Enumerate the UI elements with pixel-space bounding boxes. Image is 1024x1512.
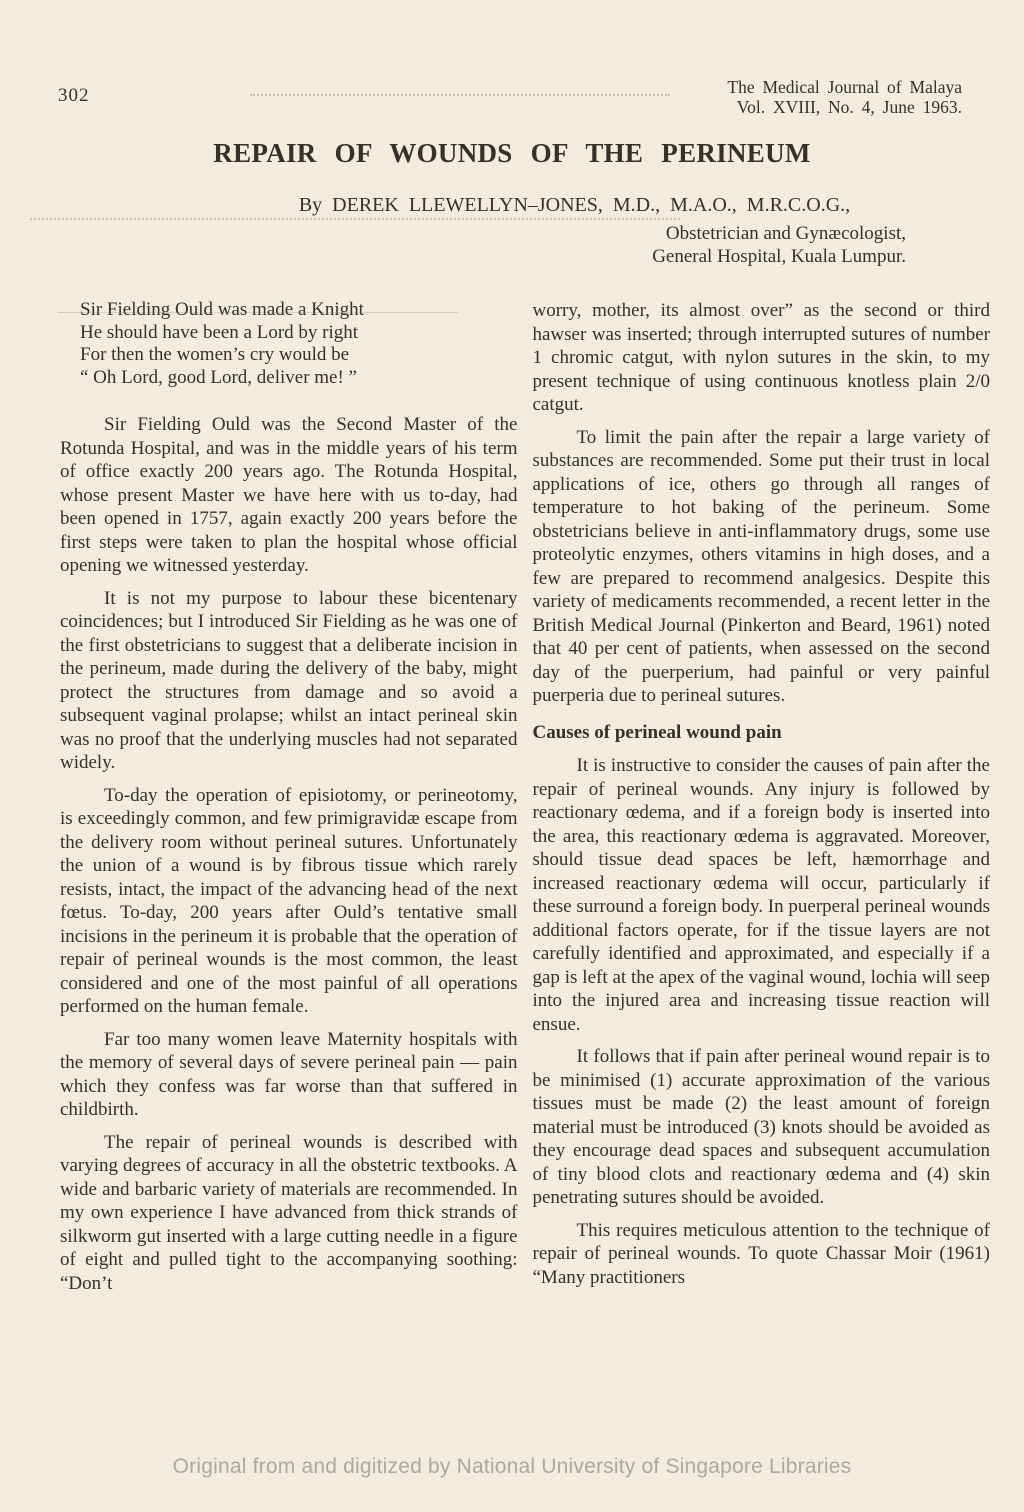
epigraph-poem: Sir Fielding Ould was made a Knight He s… (60, 299, 518, 389)
left-paragraph-4: Far too many women leave Maternity hospi… (60, 1028, 518, 1122)
affiliation-line-1: Obstetrician and Gynæcologist, (0, 222, 906, 245)
digitization-watermark: Original from and digitized by National … (0, 1455, 1024, 1479)
page-header: 302 The Medical Journal of Malaya Vol. X… (0, 0, 1024, 117)
affiliations: Obstetrician and Gynæcologist, General H… (0, 222, 1024, 268)
page-number: 302 (58, 85, 90, 107)
section-heading-causes: Causes of perineal wound pain (533, 721, 991, 745)
journal-info: The Medical Journal of Malaya Vol. XVIII… (727, 78, 962, 117)
right-paragraph-5: This requires meticulous attention to th… (533, 1219, 991, 1290)
article-title: REPAIR OF WOUNDS OF THE PERINEUM (0, 138, 1024, 169)
left-paragraph-2: It is not my purpose to labour these bic… (60, 587, 518, 775)
poem-line: Sir Fielding Ould was made a Knight (80, 299, 518, 322)
right-paragraph-4: It follows that if pain after perineal w… (533, 1045, 991, 1210)
left-column: Sir Fielding Ould was made a Knight He s… (60, 299, 518, 1304)
poem-line: For then the women’s cry would be (80, 344, 518, 367)
scanned-journal-page: 302 The Medical Journal of Malaya Vol. X… (0, 0, 1024, 1512)
journal-title: The Medical Journal of Malaya (727, 78, 962, 98)
right-paragraph-continuation: worry, mother, its almost over” as the s… (533, 299, 991, 417)
byline: By DEREK LLEWELLYN–JONES, M.D., M.A.O., … (0, 194, 1024, 217)
right-column: worry, mother, its almost over” as the s… (533, 299, 991, 1304)
article-body: Sir Fielding Ould was made a Knight He s… (0, 299, 1024, 1304)
left-paragraph-5: The repair of perineal wounds is describ… (60, 1131, 518, 1296)
right-paragraph-3: It is instructive to consider the causes… (533, 754, 991, 1036)
journal-issue: Vol. XVIII, No. 4, June 1963. (727, 98, 962, 118)
left-paragraph-1: Sir Fielding Ould was the Second Master … (60, 413, 518, 578)
poem-line: “ Oh Lord, good Lord, deliver me! ” (80, 367, 518, 390)
scan-artifact-line (30, 218, 680, 220)
affiliation-line-2: General Hospital, Kuala Lumpur. (0, 245, 906, 268)
poem-line: He should have been a Lord by right (80, 322, 518, 345)
right-paragraph-2: To limit the pain after the repair a lar… (533, 426, 991, 708)
left-paragraph-3: To-day the operation of episiotomy, or p… (60, 784, 518, 1019)
